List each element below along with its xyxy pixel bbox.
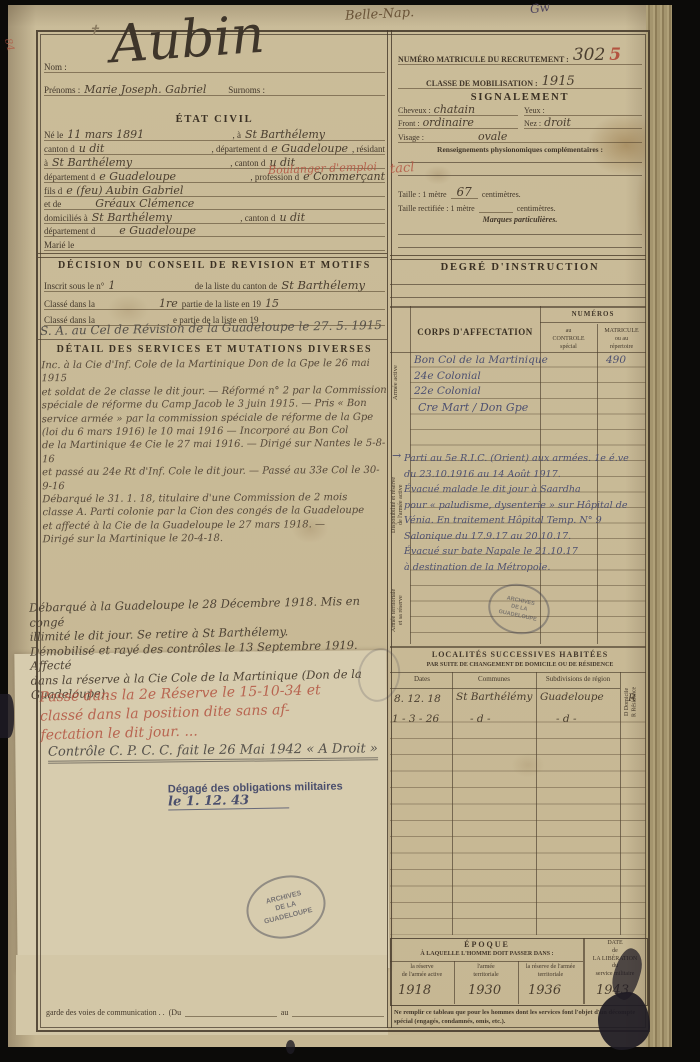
dept-value: e Guadeloupe <box>271 143 348 154</box>
epoque-v2: 1930 <box>468 984 501 997</box>
localites-subtitle: PAR SUITE DE CHANGEMENT DE DOMICILE OU D… <box>398 662 642 668</box>
ink-spot-bottom <box>286 1040 295 1054</box>
classe-value: 1915 <box>542 75 575 88</box>
mere-value: Gréaux Clémence <box>95 198 194 209</box>
numero-label: NUMÉRO MATRICULE DU RECRUTEMENT : <box>398 56 569 64</box>
nom-value-handwritten: Aubin <box>108 9 266 72</box>
dom-label: domiciliés à <box>44 214 88 223</box>
epoque-col1: la réserve de l'armée active <box>391 964 453 980</box>
taille-line: Taille : 1 mètre 67 centimètres. <box>398 186 642 199</box>
degre-blank-1 <box>390 284 646 285</box>
numeros-underline <box>540 322 646 323</box>
classe-label: CLASSE DE MOBILISATION : <box>426 80 538 88</box>
taille-unit: centimètres. <box>482 191 521 199</box>
res-lieu: St Barthélemy <box>52 157 132 168</box>
red-fragment: tacl <box>390 161 415 176</box>
inscrit-label: Inscrit sous le n° <box>44 282 104 291</box>
ec-line-7: domiciliés à St Barthélemy , canton d u … <box>44 210 385 224</box>
corps-title: CORPS D'AFFECTATION <box>412 328 538 338</box>
top-handwritten-note: Belle-Nap. <box>345 6 415 23</box>
ne-label: Né le <box>44 131 63 140</box>
loc-header-top <box>390 672 646 673</box>
sig-blank-2 <box>398 175 642 176</box>
loc-row1-dr: R <box>628 693 636 704</box>
loc-row1-commune: St Barthélémy <box>456 692 532 703</box>
liste-canton: St Barthélemy <box>281 280 365 292</box>
decision-underline <box>38 339 387 340</box>
dom-canton-value: u dit <box>279 212 305 223</box>
complement-label: Renseignements physionomiques complément… <box>398 146 642 154</box>
surnoms-label: Surnoms : <box>228 86 265 95</box>
taille-rect-unit: centimètres. <box>517 205 556 213</box>
controle-col-header: au CONTROLE spécial <box>541 327 596 351</box>
numero-value-red: 5 <box>609 47 621 64</box>
dom-canton-label: , canton d <box>240 214 275 223</box>
garde-au-label: au <box>281 1009 289 1017</box>
ne-lieu: St Barthélemy <box>245 129 325 140</box>
classe1-part: 1re <box>159 298 178 309</box>
decision-line-2: Classé dans la 1re partie de la liste en… <box>44 295 385 310</box>
cheveux-value: chatain <box>434 104 475 115</box>
ec-line-6: et de Gréaux Clémence <box>44 196 385 210</box>
arrow-icon: → <box>392 450 401 461</box>
taille-rect-line: Taille rectifiée : 1 mètre centimètres. <box>398 200 642 213</box>
fils-value: e (feu) Aubin Gabriel <box>66 185 183 196</box>
marie-label: Marié le <box>44 241 74 250</box>
taille-label: Taille : 1 mètre <box>398 191 447 199</box>
signalement-title: SIGNALEMENT <box>398 92 642 104</box>
dom-lieu: St Barthélemy <box>92 212 172 223</box>
res-a-label: à <box>44 159 48 168</box>
dept3-value: e Guadeloupe <box>119 225 196 236</box>
loc-col-communes: Communes <box>452 676 536 683</box>
visage-value: ovale <box>478 131 507 142</box>
corps-margin-armee-active: Armée active <box>393 330 400 435</box>
sig-blank-1 <box>398 162 642 163</box>
nez-label: Nez : <box>524 120 541 128</box>
epoque-col3: la réserve de l'armée territoriale <box>519 964 582 980</box>
taille-value: 67 <box>451 186 478 199</box>
garde-du-label: (Du <box>169 1009 181 1017</box>
prenoms-label: Prénoms : <box>44 86 80 95</box>
cross-mark: ✝ <box>88 24 100 38</box>
corps-row-1: Bon Col de la Martinique <box>414 355 548 366</box>
dept2-label: département d <box>44 173 95 182</box>
loc-header-bottom <box>390 688 620 689</box>
loc-row1-subdiv: Guadeloupe <box>540 692 604 703</box>
ec-line-5: fils d e (feu) Aubin Gabriel <box>44 183 385 197</box>
canton-label: canton d <box>44 145 75 154</box>
dept-label: , département d <box>212 145 268 154</box>
sig-blank-4 <box>398 247 642 248</box>
numero-value: 302 <box>573 47 605 64</box>
decision-title: DÉCISION DU CONSEIL DE REVISION ET MOTIF… <box>44 260 385 271</box>
controle-cpcc-line: Contrôle C. P. C. C. fait le 26 Mai 1942… <box>48 742 378 763</box>
localites-title: LOCALITÉS SUCCESSIVES HABITÉES <box>398 651 642 659</box>
corps-row-4: Cre Mart / Don Gpe <box>418 402 528 413</box>
corps-row-3: 22e Colonial <box>414 386 481 397</box>
garde-line: garde des voies de communication . . (Du… <box>46 1004 384 1017</box>
localites-rules <box>390 706 646 935</box>
marques-label: Marques particulières. <box>398 216 642 224</box>
loc-row1-date: 8. 12. 18 <box>394 694 441 705</box>
localites-top <box>390 646 646 648</box>
reserve-red-note: Passé dans la 2e Réserve le 15-10-34 et … <box>39 679 390 745</box>
ec-line-8: département d e Guadeloupe <box>44 223 385 237</box>
classe1-suite: partie de la liste en 19 <box>182 300 261 309</box>
classe1-annee: 15 <box>265 298 279 309</box>
ec-line-1: Né le 11 mars 1891 , à St Barthélemy <box>44 127 385 141</box>
sig-line-3: Visage : ovale <box>398 129 642 143</box>
ink-blot-large <box>598 992 650 1050</box>
resident-label: , résidant <box>352 145 385 154</box>
corps-row-2: 24e Colonial <box>414 371 481 382</box>
liste-label: de la liste du canton de <box>195 282 278 291</box>
corps-row-1-matricule: 490 <box>606 355 626 366</box>
degage-stamp-date: le 1. 12. 43 <box>168 793 289 810</box>
loc-col-subdiv: Subdivisions de région <box>536 676 620 683</box>
visage-label: Visage : <box>398 134 424 142</box>
prenoms-line: Prénoms : Marie Joseph. Gabriel Surnoms … <box>44 80 385 96</box>
res-canton-label: , canton d <box>230 159 265 168</box>
epoque-title: ÉPOQUE <box>392 941 582 949</box>
yeux-label: Yeux : <box>524 107 545 115</box>
nez-value: droit <box>544 117 571 128</box>
edge-smudge <box>0 694 14 738</box>
numero-line: NUMÉRO MATRICULE DU RECRUTEMENT : 302 5 <box>398 42 642 65</box>
canton-value: u dit <box>79 143 105 154</box>
etat-civil-title: ÉTAT CIVIL <box>44 114 385 126</box>
inscrit-num: 1 <box>108 280 115 291</box>
corps-margin-territoriale: Armée territoriale et sa réserve <box>391 575 405 645</box>
front-value: ordinaire <box>423 117 474 128</box>
garde-label: garde des voies de communication . . <box>46 1009 165 1017</box>
epoque-col2: l'armée territoriale <box>455 964 517 980</box>
margin-mark: 84 <box>2 38 15 53</box>
sig-blank-3 <box>398 234 642 235</box>
taille-rect-label: Taille rectifiée : 1 mètre <box>398 205 475 213</box>
epoque-v1: 1918 <box>398 984 431 997</box>
section-rule-right <box>390 255 646 260</box>
degre-blank-2 <box>390 297 646 298</box>
services-block-1: Inc. à la Cie d'Inf. Cole de la Martiniq… <box>41 357 388 547</box>
sig-line-2: Front : ordinaire Nez : droit <box>398 116 642 129</box>
nom-label: Nom : <box>44 63 67 72</box>
corps-campaign-note: Parti au 5e R.I.C. (Orient) aux armées. … <box>404 451 644 575</box>
classe1-label: Classé dans la <box>44 300 95 309</box>
fils-label: fils d <box>44 187 62 196</box>
dept3-label: département d <box>44 227 95 236</box>
section-rule-1 <box>38 253 387 258</box>
degre-title: DEGRÉ D'INSTRUCTION <box>398 262 642 274</box>
mere-label: et de <box>44 200 61 209</box>
epoque-subtitle: À LAQUELLE L'HOMME DOIT PASSER DANS : <box>392 951 582 957</box>
degage-stamp: Dégagé des obligations militaires le 1. … <box>168 780 343 810</box>
scanned-document: Belle-Nap. Gw 84 Nom : Aubin ✝ Prénoms :… <box>0 0 700 1062</box>
decision-line-1: Inscrit sous le n° 1 de la liste du cant… <box>44 277 385 292</box>
ne-date: 11 mars 1891 <box>67 129 144 140</box>
prenoms-value: Marie Joseph. Gabriel <box>84 84 206 95</box>
a-label: , à <box>232 131 241 140</box>
ec-line-2: canton d u dit , département d e Guadelo… <box>44 141 385 155</box>
numeros-label: NUMÉROS <box>540 311 646 318</box>
dept2-value: e Guadeloupe <box>99 171 176 182</box>
corps-table-top <box>390 306 646 308</box>
services-title: DÉTAIL DES SERVICES ET MUTATIONS DIVERSE… <box>44 344 385 355</box>
classe-line: CLASSE DE MOBILISATION : 1915 <box>398 68 642 89</box>
epoque-subheader-line <box>390 961 583 962</box>
epoque-v3: 1936 <box>528 984 561 997</box>
front-label: Front : <box>398 120 420 128</box>
matricule-col-header: MATRICULE ou au répertoire <box>598 327 645 351</box>
cheveux-label: Cheveux : <box>398 107 431 115</box>
loc-col-dates: Dates <box>392 676 452 683</box>
sig-line-1: Cheveux : chatain Yeux : <box>398 103 642 116</box>
ec-line-9: Marié le <box>44 237 385 251</box>
top-pencil-mark: Gw <box>529 1 550 16</box>
